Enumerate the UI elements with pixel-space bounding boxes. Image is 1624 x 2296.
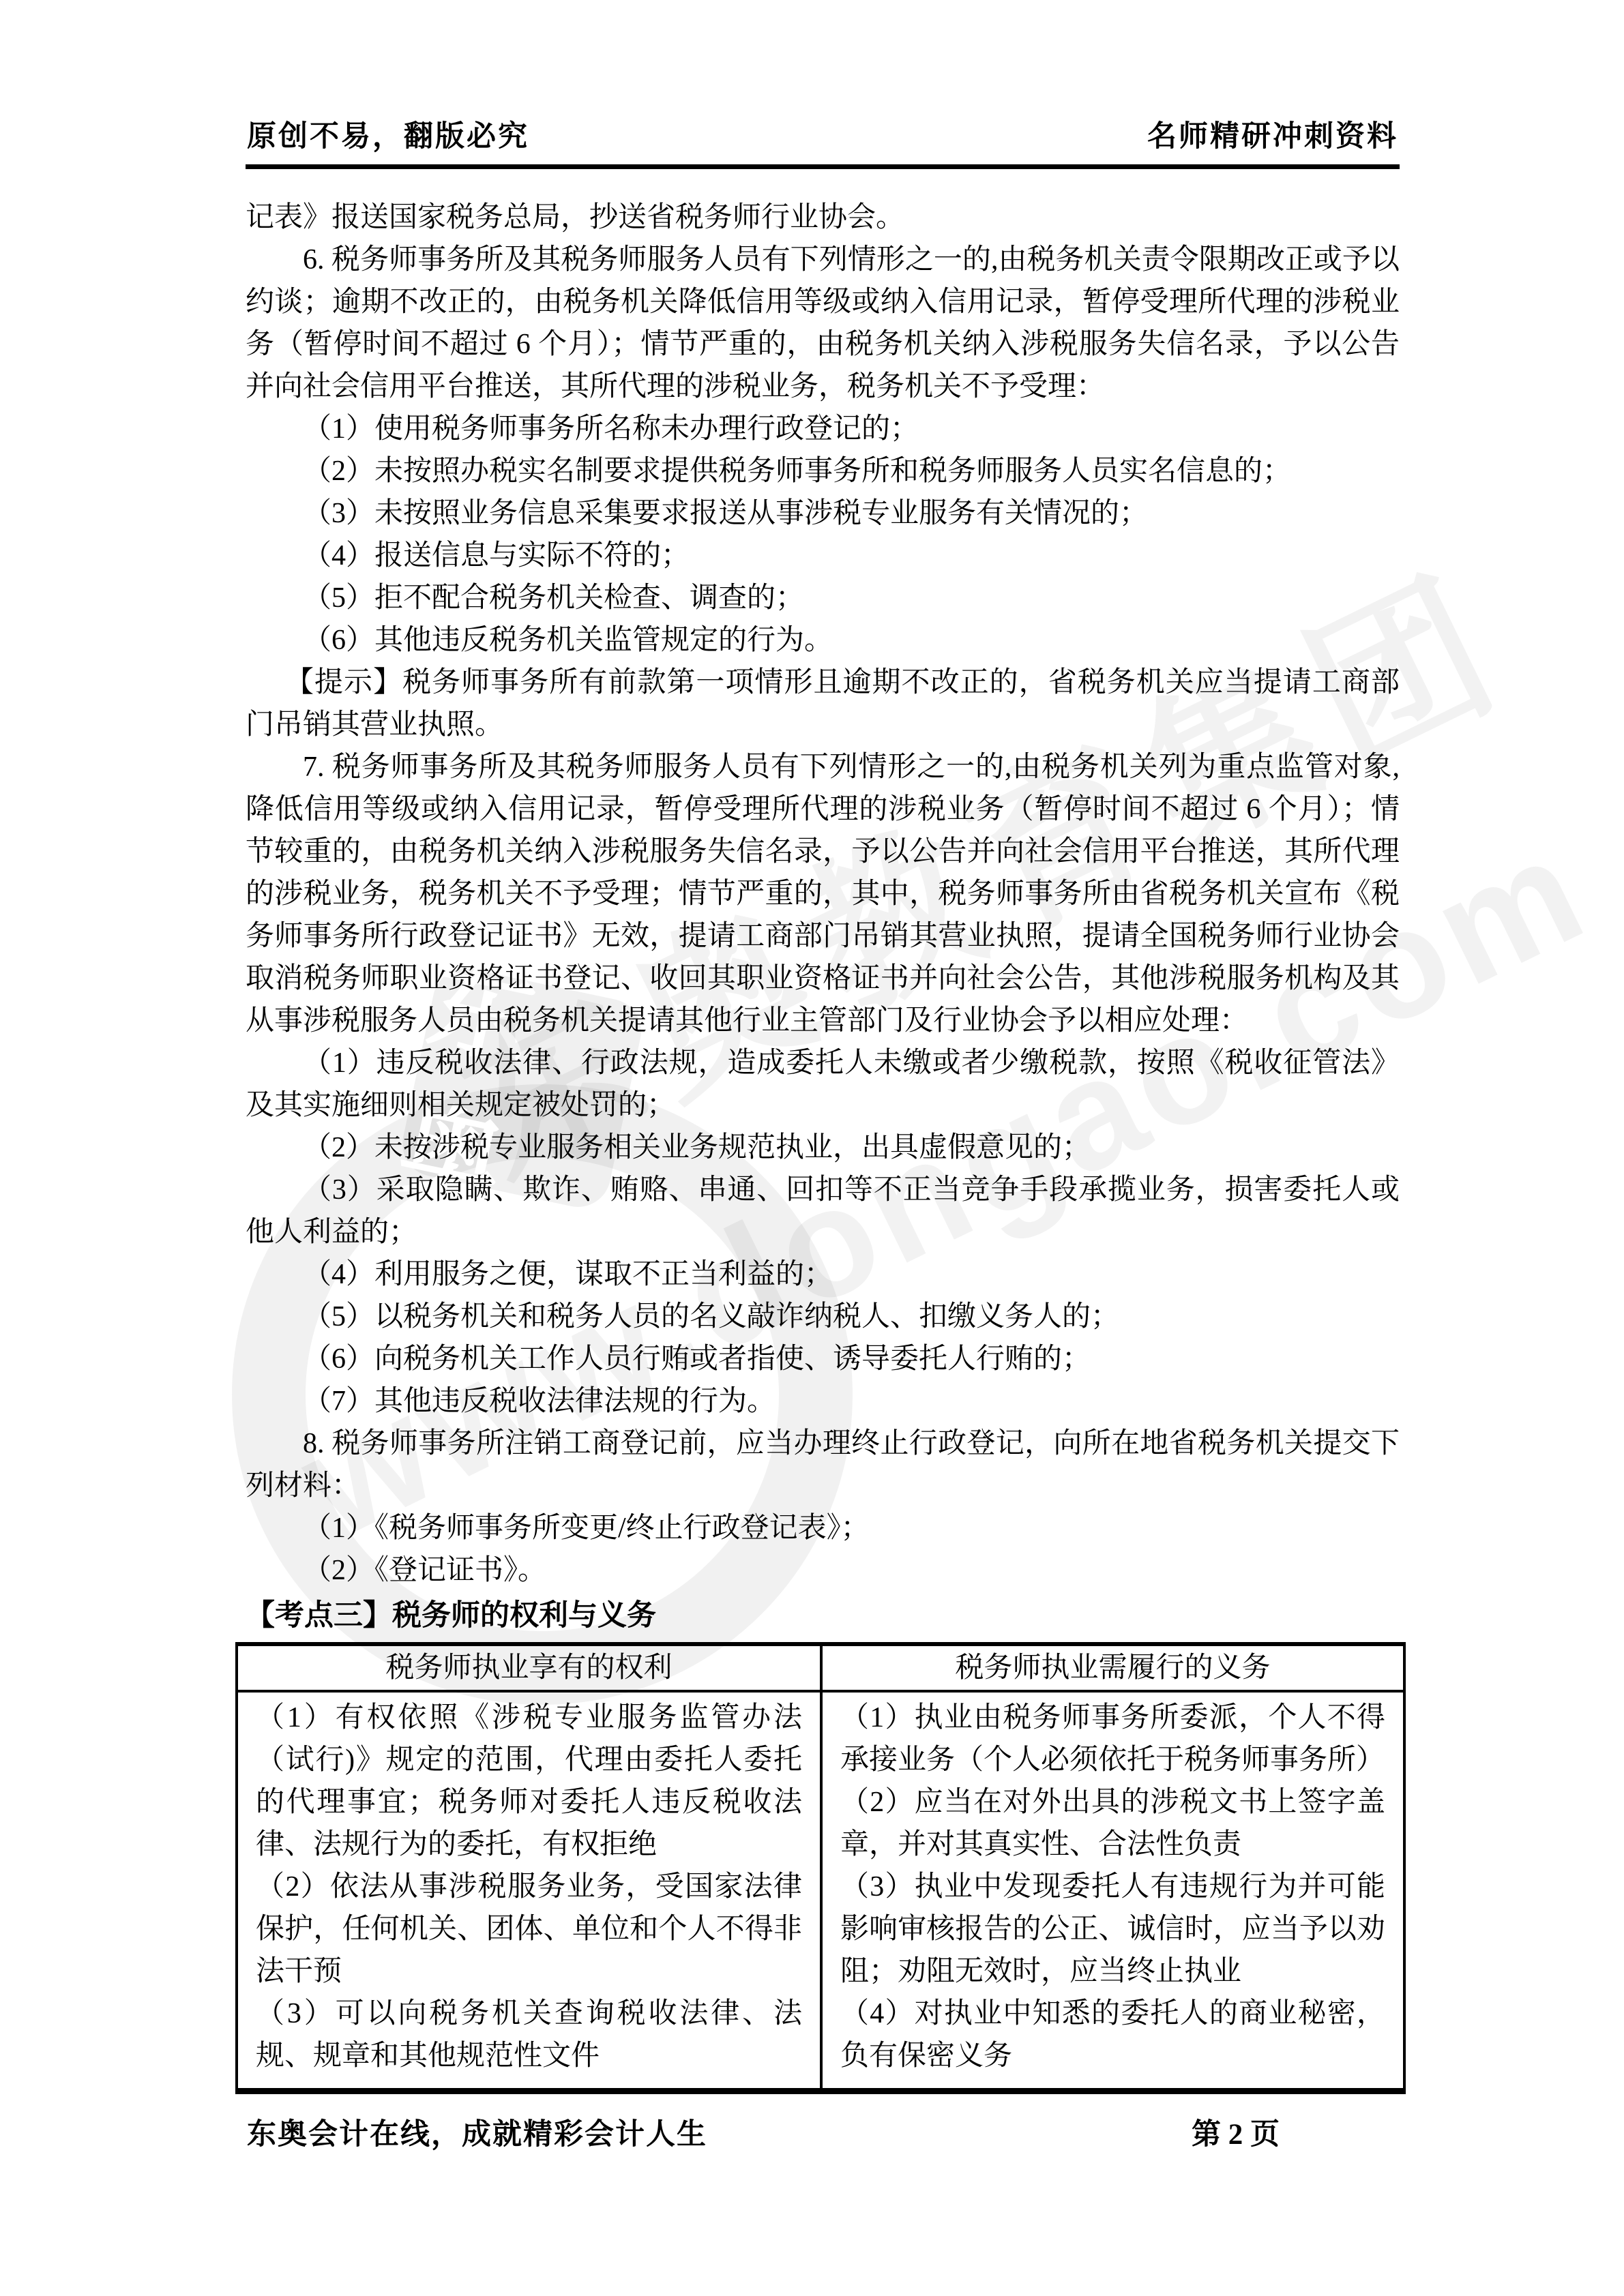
- table-header-rights: 税务师执业享有的权利: [238, 1646, 820, 1690]
- header-divider: [246, 164, 1400, 169]
- document-body: 记表》报送国家税务总局，抄送省税务师行业协会。 6. 税务师事务所及其税务师服务…: [246, 196, 1400, 1596]
- obligations-item: （4）对执业中知悉的委托人的商业秘密，负有保密义务: [840, 1993, 1385, 2077]
- rights-item: （1）有权依照《涉税专业服务监管办法（试行)》规定的范围，代理由委托人委托的代理…: [256, 1697, 802, 1866]
- list-item: （1）违反税收法律、行政法规，造成委托人未缴或者少缴税款，按照《税收征管法》及其…: [246, 1042, 1400, 1127]
- obligations-cell: （1）执业由税务师事务所委派，个人不得承接业务（个人必须依托于税务师事务所） （…: [820, 1693, 1403, 2088]
- footer-page-number: 第 2 页: [1192, 2111, 1280, 2153]
- list-item: （6）其他违反税务机关监管规定的行为。: [246, 619, 1400, 661]
- list-item: （2）《登记证书》。: [246, 1549, 1400, 1592]
- table-header-obligations: 税务师执业需履行的义务: [820, 1646, 1403, 1690]
- list-item: （2）未按涉税专业服务相关业务规范执业，出具虚假意见的；: [246, 1127, 1400, 1169]
- header-left-text: 原创不易，翻版必究: [247, 113, 529, 155]
- paragraph-item-8: 8. 税务师事务所注销工商登记前，应当办理终止行政登记，向所在地省税务机关提交下…: [246, 1422, 1400, 1507]
- list-item: （6）向税务机关工作人员行贿或者指使、诱导委托人行贿的；: [246, 1338, 1400, 1380]
- list-item: （3）未按照业务信息采集要求报送从事涉税专业服务有关情况的；: [246, 492, 1400, 535]
- list-item: （7）其他违反税收法律法规的行为。: [246, 1380, 1400, 1422]
- table-body-row: （1）有权依照《涉税专业服务监管办法（试行)》规定的范围，代理由委托人委托的代理…: [238, 1693, 1403, 2088]
- obligations-item: （2）应当在对外出具的涉税文书上签字盖章，并对其真实性、合法性负责: [840, 1781, 1385, 1866]
- table-header-row: 税务师执业享有的权利 税务师执业需履行的义务: [238, 1646, 1403, 1693]
- list-item: （3）采取隐瞒、欺诈、贿赂、串通、回扣等不正当竞争手段承揽业务，损害委托人或他人…: [246, 1169, 1400, 1253]
- document-page: 东奥 东奥教育集团 www.dongao.com 原创不易，翻版必究 名师精研冲…: [0, 0, 1624, 2296]
- section-heading-kaodian3: 【考点三】税务师的权利与义务: [246, 1596, 1400, 1637]
- footer-slogan: 东奥会计在线，成就精彩会计人生: [247, 2111, 707, 2153]
- paragraph-item-6: 6. 税务师事务所及其税务师服务人员有下列情形之一的,由税务机关责令限期改正或予…: [246, 239, 1400, 408]
- obligations-item: （3）执业中发现委托人有违规行为并可能影响审核报告的公正、诚信时，应当予以劝阻；…: [840, 1866, 1385, 1993]
- header-right-text: 名师精研冲刺资料: [1147, 113, 1398, 155]
- rights-item: （2）依法从事涉税服务业务，受国家法律保护，任何机关、团体、单位和个人不得非法干…: [256, 1866, 802, 1993]
- list-item: （1）使用税务师事务所名称未办理行政登记的；: [246, 408, 1400, 450]
- list-item: （1）《税务师事务所变更/终止行政登记表》；: [246, 1507, 1400, 1549]
- rights-cell: （1）有权依照《涉税专业服务监管办法（试行)》规定的范围，代理由委托人委托的代理…: [238, 1693, 820, 2088]
- list-item: （2）未按照办税实名制要求提供税务师事务所和税务师服务人员实名信息的；: [246, 450, 1400, 492]
- list-item: （4）利用服务之便，谋取不正当利益的；: [246, 1253, 1400, 1296]
- paragraph-item-7: 7. 税务师事务所及其税务师服务人员有下列情形之一的,由税务机关列为重点监管对象…: [246, 746, 1400, 1042]
- list-item: （5）以税务机关和税务人员的名义敲诈纳税人、扣缴义务人的；: [246, 1296, 1400, 1338]
- list-item: （5）拒不配合税务机关检查、调查的；: [246, 577, 1400, 619]
- list-item: （4）报送信息与实际不符的；: [246, 535, 1400, 577]
- hint-paragraph: 【提示】税务师事务所有前款第一项情形且逾期不改正的，省税务机关应当提请工商部门吊…: [246, 661, 1400, 746]
- rights-item: （3）可以向税务机关查询税收法律、法规、规章和其他规范性文件: [256, 1993, 802, 2077]
- rights-obligations-table: 税务师执业享有的权利 税务师执业需履行的义务 （1）有权依照《涉税专业服务监管办…: [235, 1642, 1406, 2094]
- paragraph-continuation: 记表》报送国家税务总局，抄送省税务师行业协会。: [246, 196, 1400, 239]
- obligations-item: （1）执业由税务师事务所委派，个人不得承接业务（个人必须依托于税务师事务所）: [840, 1697, 1385, 1781]
